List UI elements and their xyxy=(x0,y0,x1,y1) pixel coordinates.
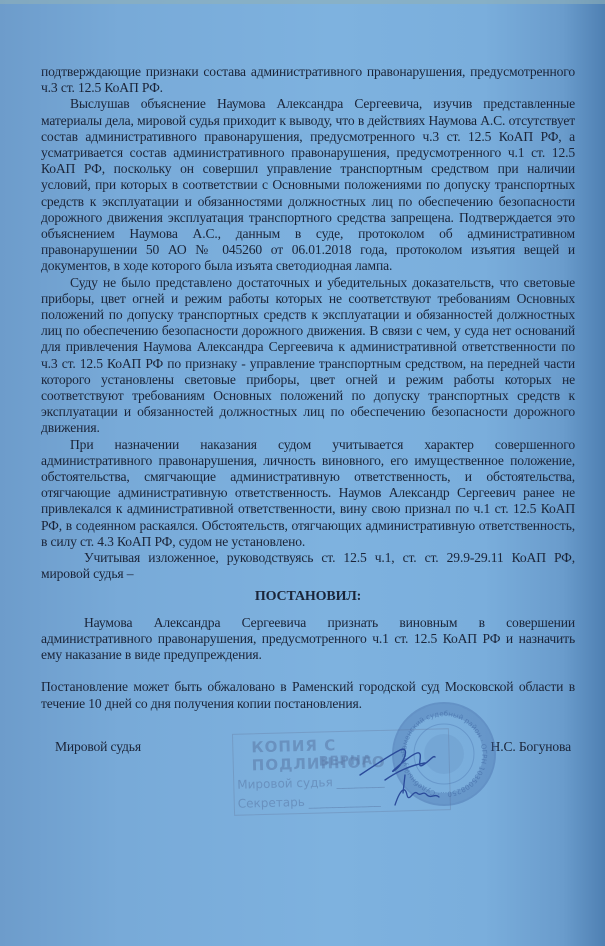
paragraph-sentencing-factors: При назначении наказания судом учитывает… xyxy=(41,437,575,550)
paragraph-evidence: Суду не было представлено достаточных и … xyxy=(41,275,575,437)
paragraph-appeal: Постановление может быть обжаловано в Ра… xyxy=(41,679,575,711)
handwritten-signature-icon xyxy=(355,735,445,815)
ruling-heading: ПОСТАНОВИЛ: xyxy=(41,589,575,605)
signature-role: Мировой судья xyxy=(55,739,141,755)
photo-edge xyxy=(0,0,605,4)
signature-name: Н.С. Богунова xyxy=(491,739,571,755)
paragraph-grounds: Учитывая изложенное, руководствуясь ст. … xyxy=(41,550,575,582)
paragraph-ruling: Наумова Александра Сергеевича признать в… xyxy=(41,615,575,664)
paragraph-findings: Выслушав объяснение Наумова Александра С… xyxy=(41,96,575,274)
document-page: подтверждающие признаки состава админист… xyxy=(41,64,575,712)
paragraph-intro: подтверждающие признаки состава админист… xyxy=(41,64,575,96)
